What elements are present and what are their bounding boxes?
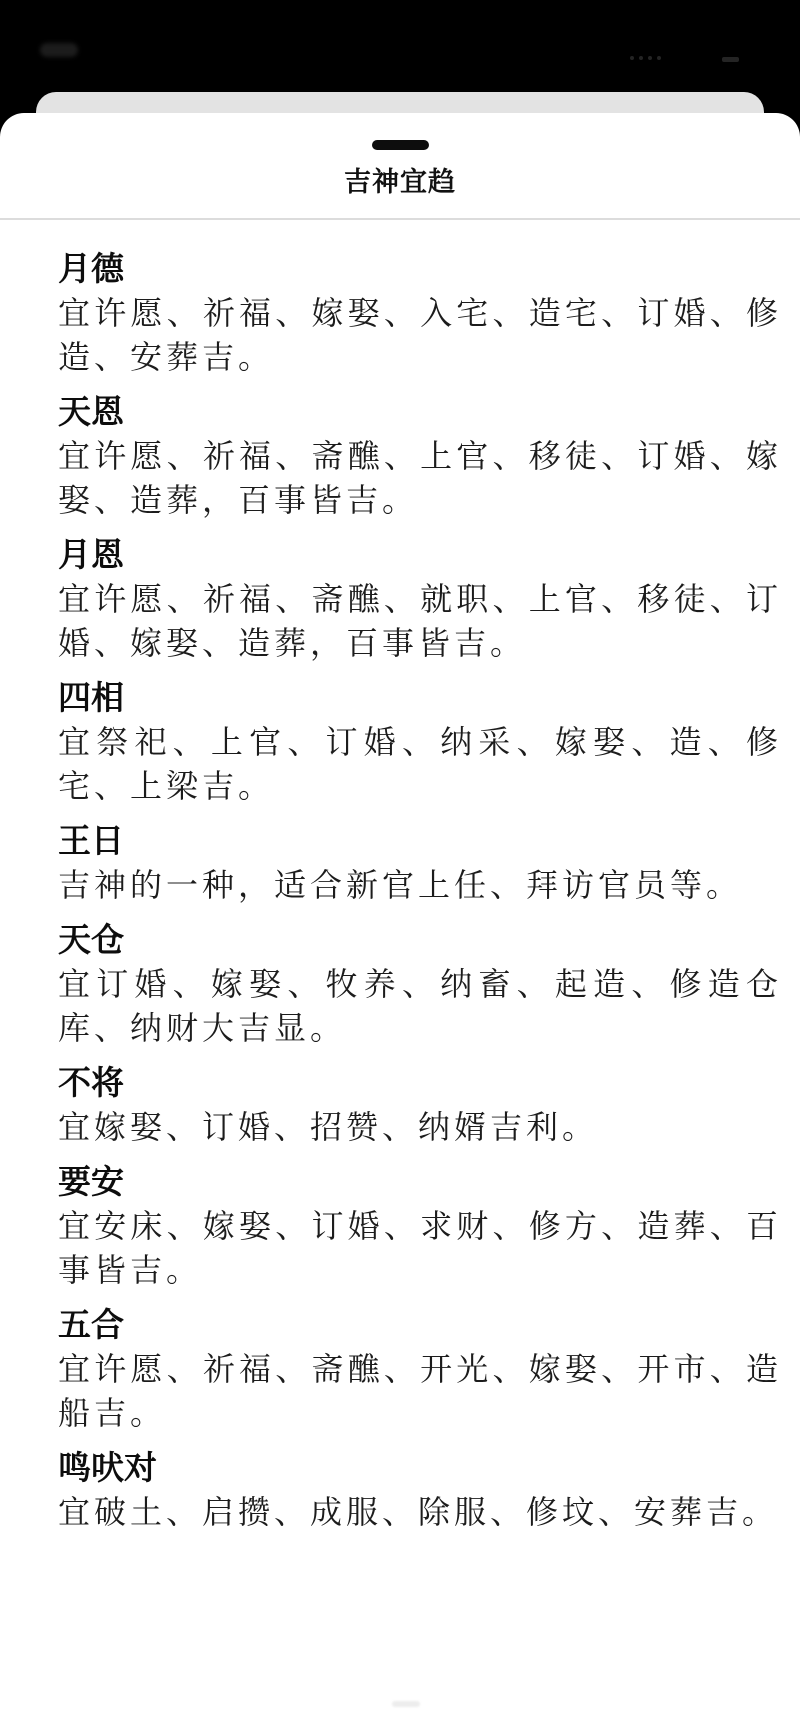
battery-icon bbox=[722, 57, 739, 62]
almanac-entry: 鸣吠对 宜破土、启攒、成服、除服、修坟、安葬吉。 bbox=[58, 1445, 782, 1534]
entry-title: 月德 bbox=[58, 246, 782, 291]
signal-dots-icon bbox=[630, 56, 661, 60]
entry-title: 五合 bbox=[58, 1302, 782, 1347]
entry-title: 王日 bbox=[58, 818, 782, 863]
entry-description: 宜订婚、嫁娶、牧养、纳畜、起造、修造仓库、纳财大吉显。 bbox=[58, 962, 782, 1050]
sheet-title: 吉神宜趋 bbox=[0, 163, 800, 201]
entry-description: 宜嫁娶、订婚、招赞、纳婿吉利。 bbox=[58, 1105, 782, 1149]
almanac-entry: 天仓 宜订婚、嫁娶、牧养、纳畜、起造、修造仓库、纳财大吉显。 bbox=[58, 917, 782, 1050]
entry-description: 宜许愿、祈福、嫁娶、入宅、造宅、订婚、修造、安葬吉。 bbox=[58, 291, 782, 379]
entry-title: 不将 bbox=[58, 1060, 782, 1105]
entry-description: 宜许愿、祈福、斋醮、上官、移徒、订婚、嫁娶、造葬，百事皆吉。 bbox=[58, 434, 782, 522]
entry-title: 要安 bbox=[58, 1159, 782, 1204]
entry-title: 天恩 bbox=[58, 389, 782, 434]
almanac-entry: 王日 吉神的一种，适合新官上任、拜访官员等。 bbox=[58, 818, 782, 907]
entry-title: 鸣吠对 bbox=[58, 1445, 782, 1490]
almanac-entry: 月恩 宜许愿、祈福、斋醮、就职、上官、移徒、订婚、嫁娶、造葬，百事皆吉。 bbox=[58, 532, 782, 665]
entry-description: 吉神的一种，适合新官上任、拜访官员等。 bbox=[58, 863, 782, 907]
entry-title: 月恩 bbox=[58, 532, 782, 577]
almanac-entry: 天恩 宜许愿、祈福、斋醮、上官、移徒、订婚、嫁娶、造葬，百事皆吉。 bbox=[58, 389, 782, 522]
entry-description: 宜许愿、祈福、斋醮、就职、上官、移徒、订婚、嫁娶、造葬，百事皆吉。 bbox=[58, 577, 782, 665]
almanac-entry: 月德 宜许愿、祈福、嫁娶、入宅、造宅、订婚、修造、安葬吉。 bbox=[58, 246, 782, 379]
entry-list[interactable]: 月德 宜许愿、祈福、嫁娶、入宅、造宅、订婚、修造、安葬吉。 天恩 宜许愿、祈福、… bbox=[0, 220, 800, 1590]
status-time-remnant bbox=[40, 43, 78, 57]
entry-description: 宜许愿、祈福、斋醮、开光、嫁娶、开市、造船吉。 bbox=[58, 1347, 782, 1435]
entry-title: 四相 bbox=[58, 675, 782, 720]
entry-description: 宜祭祀、上官、订婚、纳采、嫁娶、造、修宅、上梁吉。 bbox=[58, 720, 782, 808]
almanac-entry: 五合 宜许愿、祈福、斋醮、开光、嫁娶、开市、造船吉。 bbox=[58, 1302, 782, 1435]
entry-title: 天仓 bbox=[58, 917, 782, 962]
screen: 吉神宜趋 月德 宜许愿、祈福、嫁娶、入宅、造宅、订婚、修造、安葬吉。 天恩 宜许… bbox=[0, 0, 800, 1731]
almanac-entry: 要安 宜安床、嫁娶、订婚、求财、修方、造葬、百事皆吉。 bbox=[58, 1159, 782, 1292]
almanac-entry: 不将 宜嫁娶、订婚、招赞、纳婿吉利。 bbox=[58, 1060, 782, 1149]
almanac-entry: 四相 宜祭祀、上官、订婚、纳采、嫁娶、造、修宅、上梁吉。 bbox=[58, 675, 782, 808]
entry-description: 宜破土、启攒、成服、除服、修坟、安葬吉。 bbox=[58, 1490, 782, 1534]
status-bar bbox=[0, 0, 800, 90]
drag-handle[interactable] bbox=[372, 140, 429, 150]
entry-description: 宜安床、嫁娶、订婚、求财、修方、造葬、百事皆吉。 bbox=[58, 1204, 782, 1292]
home-indicator bbox=[392, 1701, 420, 1707]
bottom-sheet: 吉神宜趋 月德 宜许愿、祈福、嫁娶、入宅、造宅、订婚、修造、安葬吉。 天恩 宜许… bbox=[0, 113, 800, 1731]
